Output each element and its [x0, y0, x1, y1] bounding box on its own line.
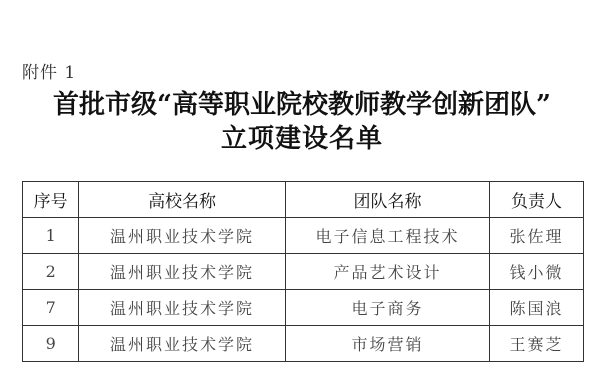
table-header-row: 序号 高校名称 团队名称 负责人 — [23, 182, 584, 218]
cell-leader: 王赛芝 — [490, 326, 584, 362]
table-row: 7 温州职业技术学院 电子商务 陈国浪 — [23, 290, 584, 326]
header-leader: 负责人 — [490, 182, 584, 218]
cell-school-name: 温州职业技术学院 — [79, 254, 286, 290]
cell-team-name: 产品艺术设计 — [285, 254, 489, 290]
header-school-name: 高校名称 — [79, 182, 286, 218]
attachment-label: 附件 1 — [22, 58, 76, 83]
cell-leader: 张佐理 — [490, 218, 584, 254]
team-list-table: 序号 高校名称 团队名称 负责人 1 温州职业技术学院 电子信息工程技术 张佐理… — [22, 181, 584, 362]
header-team-name: 团队名称 — [285, 182, 489, 218]
cell-team-name: 电子商务 — [285, 290, 489, 326]
table-row: 1 温州职业技术学院 电子信息工程技术 张佐理 — [23, 218, 584, 254]
cell-school-name: 温州职业技术学院 — [79, 326, 286, 362]
cell-leader: 陈国浪 — [490, 290, 584, 326]
cell-team-name: 电子信息工程技术 — [285, 218, 489, 254]
cell-serial-number: 9 — [23, 326, 79, 362]
cell-serial-number: 2 — [23, 254, 79, 290]
cell-school-name: 温州职业技术学院 — [79, 218, 286, 254]
cell-serial-number: 1 — [23, 218, 79, 254]
document-title-line2: 立项建设名单 — [0, 118, 604, 155]
table-row: 2 温州职业技术学院 产品艺术设计 钱小微 — [23, 254, 584, 290]
cell-team-name: 市场营销 — [285, 326, 489, 362]
document-title-line1: 首批市级“高等职业院校教师教学创新团队” — [0, 84, 604, 121]
table-row: 9 温州职业技术学院 市场营销 王赛芝 — [23, 326, 584, 362]
cell-serial-number: 7 — [23, 290, 79, 326]
cell-leader: 钱小微 — [490, 254, 584, 290]
header-serial-number: 序号 — [23, 182, 79, 218]
cell-school-name: 温州职业技术学院 — [79, 290, 286, 326]
